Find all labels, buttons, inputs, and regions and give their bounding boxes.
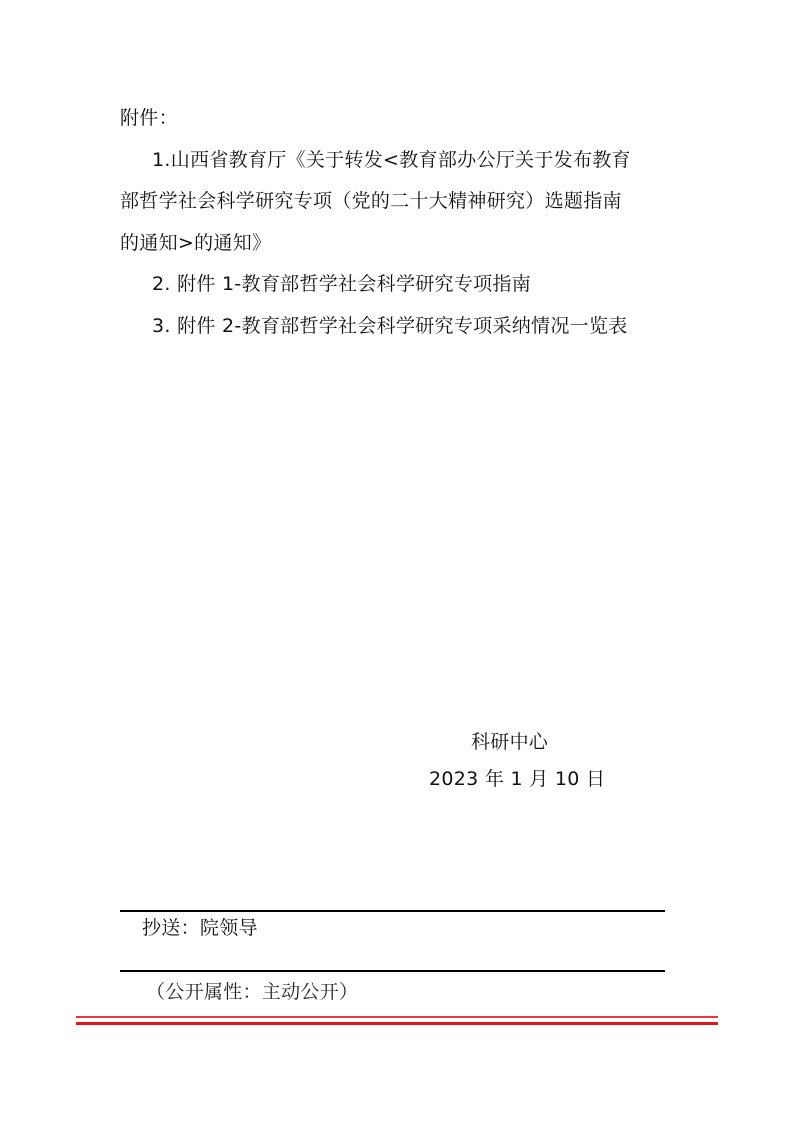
attachments-heading: 附件： bbox=[120, 106, 178, 130]
cc-bottom-rule bbox=[120, 970, 665, 972]
attachment-item-3: 3. 附件 2-教育部哲学社会科学研究专项采纳情况一览表 bbox=[152, 314, 628, 338]
red-rule-thin bbox=[76, 1016, 718, 1018]
cc-top-rule bbox=[120, 910, 665, 912]
attachment-item-1-line-1: 1.山西省教育厅《关于转发<教育部办公厅关于发布教育 bbox=[152, 148, 631, 172]
disclosure-attribute: （公开属性：主动公开） bbox=[146, 980, 358, 1004]
red-rule-thick bbox=[76, 1022, 718, 1025]
cc-recipients: 抄送：院领导 bbox=[142, 916, 258, 940]
attachment-item-1-line-2: 部哲学社会科学研究专项（党的二十大精神研究）选题指南 bbox=[120, 189, 622, 213]
signature-date: 2023 年 1 月 10 日 bbox=[429, 767, 605, 791]
attachment-item-2: 2. 附件 1-教育部哲学社会科学研究专项指南 bbox=[152, 272, 531, 296]
attachment-item-1-line-3: 的通知>的通知》 bbox=[120, 231, 271, 255]
signature-organization: 科研中心 bbox=[471, 730, 548, 754]
